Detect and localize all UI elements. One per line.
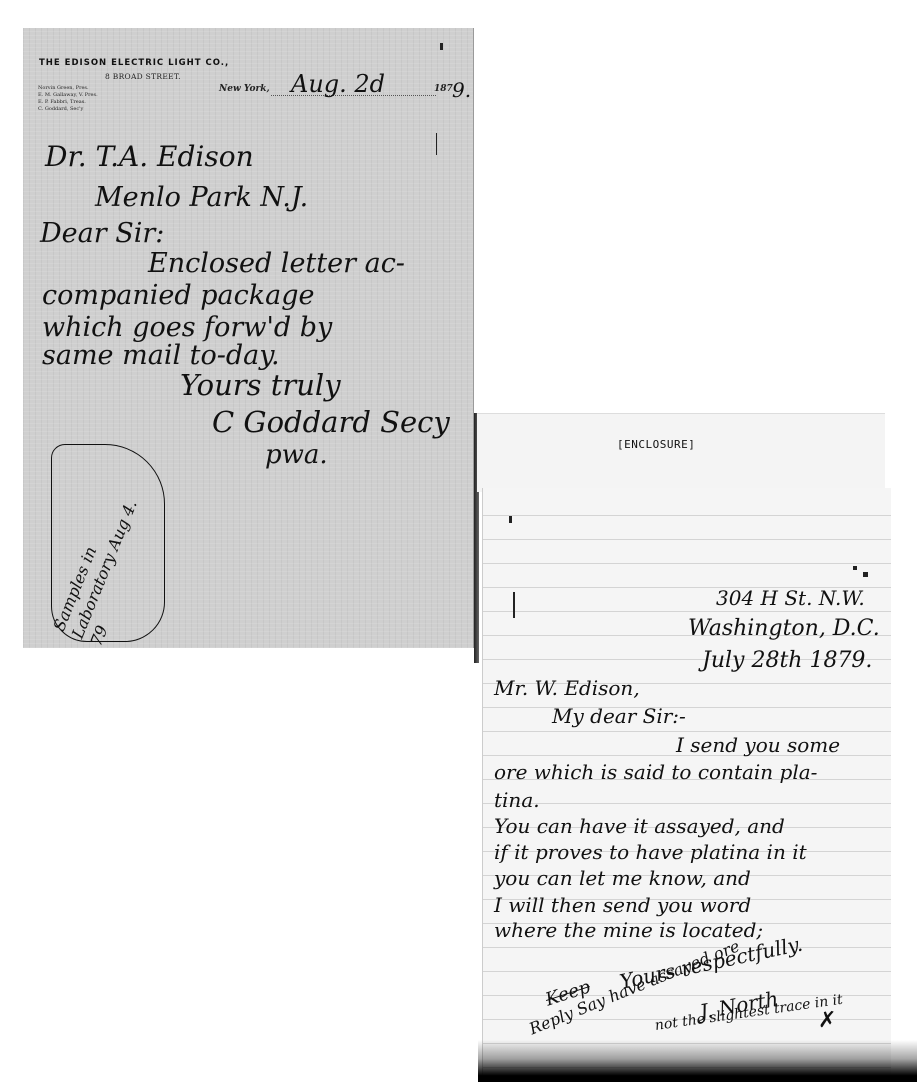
enclosure-label: [ENCLOSURE] (617, 438, 695, 451)
body-line: Enclosed letter ac- (148, 248, 405, 279)
company-address: 8 BROAD STREET. (105, 72, 181, 81)
ink-mark (853, 566, 857, 570)
cross-mark-icon: ✗ (818, 1008, 836, 1033)
ink-mark (436, 133, 437, 155)
ink-mark (863, 572, 868, 577)
officer-line: C. Goddard, Sec'y (38, 106, 98, 113)
ink-mark (509, 516, 512, 523)
handwritten-date: Aug. 2d (291, 70, 385, 98)
officer-line: Norvin Green, Pres. (38, 85, 98, 92)
body-line: I send you some (676, 733, 840, 757)
recipient-name: Dr. T.A. Edison (45, 140, 254, 173)
body-line: same mail to-day. (42, 340, 280, 371)
body-line: You can have it assayed, and (494, 814, 785, 838)
salutation: My dear Sir:- (552, 704, 686, 728)
closing: Yours truly (180, 368, 341, 402)
body-line: companied package (42, 280, 314, 311)
printed-year: 187 (434, 84, 453, 94)
officer-line: E. M. Gallaway, V. Pres. (38, 92, 98, 99)
body-line: tina. (494, 788, 540, 812)
signature: C Goddard Secy (212, 405, 450, 439)
margin-note-box: Samples in Laboratory Aug 4. 79 (51, 444, 165, 642)
margin-note-text: Samples in Laboratory Aug 4. 79 (49, 469, 168, 649)
body-line: where the mine is located; (494, 918, 763, 942)
ink-mark (440, 43, 443, 50)
scan-bottom-edge (478, 1040, 917, 1082)
letter-date: July 28th 1879. (702, 648, 872, 673)
handwritten-year: 9. (452, 78, 471, 102)
recipient-name: Mr. W. Edison, (494, 676, 640, 700)
recipient-location: Menlo Park N.J. (95, 182, 308, 213)
ink-mark (513, 592, 515, 618)
signature-initials: pwa. (265, 440, 328, 470)
body-line: you can let me know, and (494, 866, 751, 890)
officer-line: E. P. Fabbri, Treas. (38, 99, 98, 106)
sender-city: Washington, D.C. (688, 616, 880, 641)
salutation: Dear Sir: (40, 218, 164, 249)
body-line: I will then send you word (494, 893, 751, 917)
body-line: if it proves to have platina in it (494, 840, 807, 864)
body-line: ore which is said to contain pla- (494, 760, 817, 784)
officers-list: Norvin Green, Pres. E. M. Gallaway, V. P… (38, 85, 98, 113)
city-label: New York, (219, 84, 270, 94)
company-name: THE EDISON ELECTRIC LIGHT CO., (39, 58, 229, 68)
enclosure-card: [ENCLOSURE] (477, 413, 885, 492)
body-line: which goes forw'd by (42, 312, 332, 343)
sender-street: 304 H St. N.W. (716, 586, 865, 610)
